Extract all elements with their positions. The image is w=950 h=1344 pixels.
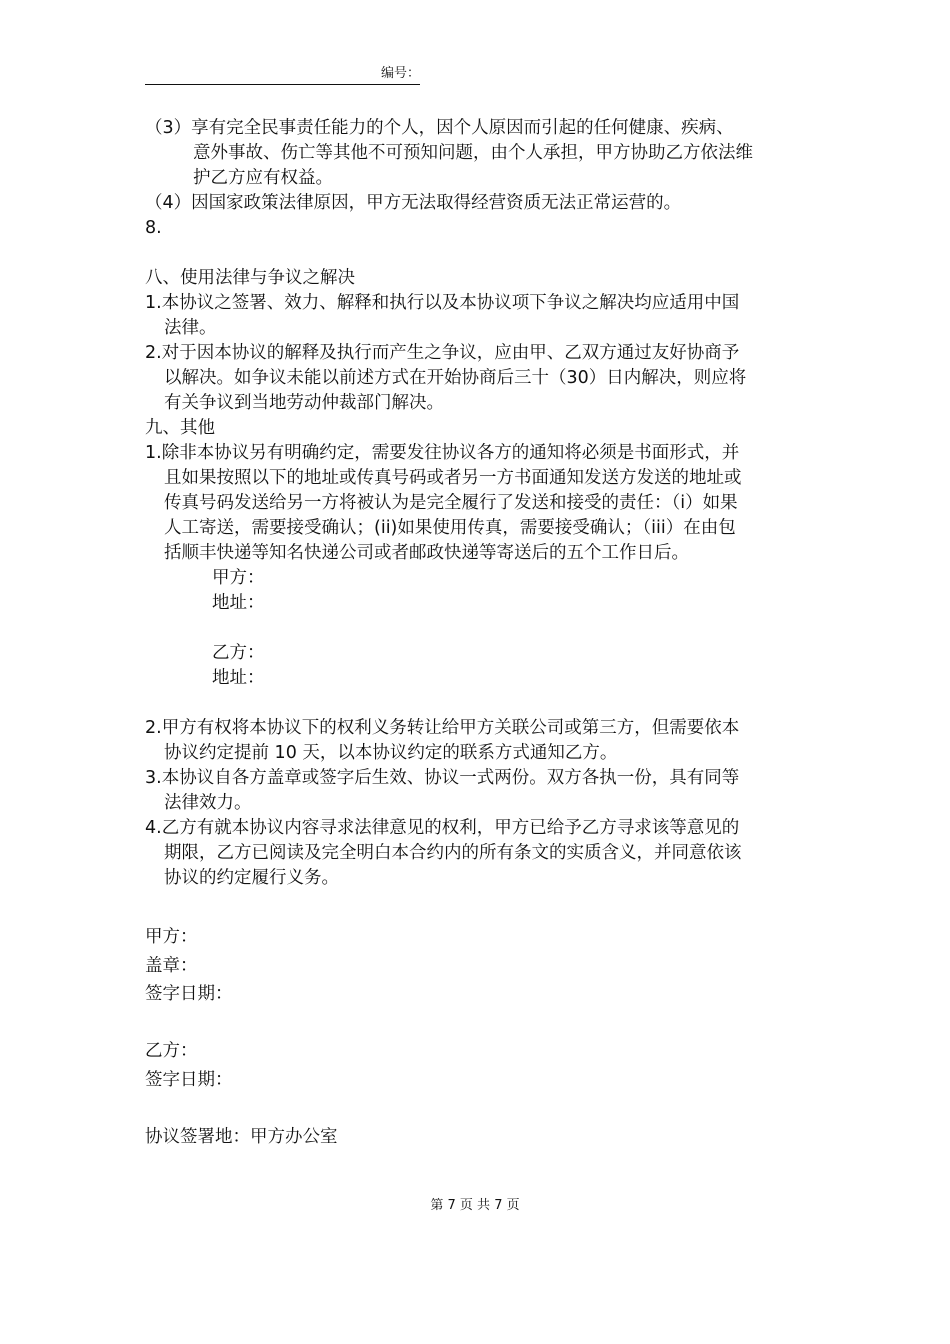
clause-9-3: 3.本协议自各方盖章或签字后生效、协议一式两份。双方各执一份，具有同等 法律效力… [145,766,815,816]
signature-date-a: 签字日期： [145,980,815,1009]
text-line: 意外事故、伤亡等其他不可预知问题，由个人承担，甲方协助乙方依法维 [145,141,815,166]
section-8-title: 八、使用法律与争议之解决 [145,266,815,291]
document-number-line: 编号： [145,66,420,85]
signature-seal: 盖章： [145,952,815,981]
text-line: 1.本协议之签署、效力、解释和执行以及本协议项下争议之解决均应适用中国 [145,291,815,316]
text-line: 法律。 [145,316,815,341]
section-9-title: 九、其他 [145,416,815,441]
signature-date-b: 签字日期： [145,1066,815,1095]
clause-9-1: 1.除非本协议另有明确约定，需要发往协议各方的通知将必须是书面形式，并 且如果按… [145,441,815,566]
clause-8-1: 1.本协议之签署、效力、解释和执行以及本协议项下争议之解决均应适用中国 法律。 [145,291,815,341]
clause-9-2: 2.甲方有权将本协议下的权利义务转让给甲方关联公司或第三方，但需要依本 协议约定… [145,716,815,766]
text-line: 括顺丰快递等知名快递公司或者邮政快递等寄送后的五个工作日后。 [145,541,815,566]
notice-party-b: 乙方： [145,641,815,666]
text-line: 期限，乙方已阅读及完全明白本合约内的所有条文的实质含义，并同意依该 [145,841,815,866]
text-line: 护乙方应有权益。 [145,166,815,191]
signing-place: 协议签署地：甲方办公室 [145,1123,815,1152]
page-number: 第 7 页 共 7 页 [0,1194,950,1213]
signature-party-a: 甲方： [145,923,815,952]
text-line: 法律效力。 [145,791,815,816]
text-line: 以解决。如争议未能以前述方式在开始协商后三十（30）日内解决，则应将 [145,366,815,391]
clause-7-3: （3）享有完全民事责任能力的个人，因个人原因而引起的任何健康、疾病、 意外事故、… [145,116,815,191]
document-number-label: 编号： [381,66,420,82]
text-line: 1.除非本协议另有明确约定，需要发往协议各方的通知将必须是书面形式，并 [145,441,815,466]
clause-7-8: 8. [145,216,815,241]
notice-address-b: 地址： [145,666,815,691]
clause-8-2: 2.对于因本协议的解释及执行而产生之争议，应由甲、乙双方通过友好协商予 以解决。… [145,341,815,416]
text-line: 且如果按照以下的地址或传真号码或者另一方书面通知发送方发送的地址或 [145,466,815,491]
document-body: （3）享有完全民事责任能力的个人，因个人原因而引起的任何健康、疾病、 意外事故、… [145,116,815,1151]
clause-9-4: 4.乙方有就本协议内容寻求法律意见的权利，甲方已给予乙方寻求该等意见的 期限，乙… [145,816,815,891]
text-line: 协议约定提前 10 天，以本协议约定的联系方式通知乙方。 [145,741,815,766]
signature-party-b: 乙方： [145,1037,815,1066]
text-line: 2.对于因本协议的解释及执行而产生之争议，应由甲、乙双方通过友好协商予 [145,341,815,366]
text-line: 人工寄送，需要接受确认；(ii)如果使用传真，需要接受确认；（iii）在由包 [145,516,815,541]
notice-party-a: 甲方： [145,566,815,591]
text-line: 3.本协议自各方盖章或签字后生效、协议一式两份。双方各执一份，具有同等 [145,766,815,791]
text-line: 4.乙方有就本协议内容寻求法律意见的权利，甲方已给予乙方寻求该等意见的 [145,816,815,841]
notice-address-a: 地址： [145,591,815,616]
text-line: 有关争议到当地劳动仲裁部门解决。 [145,391,815,416]
text-line: 传真号码发送给另一方将被认为是完全履行了发送和接受的责任：（i）如果 [145,491,815,516]
signature-block: 甲方： 盖章： 签字日期： 乙方： 签字日期： 协议签署地：甲方办公室 [145,923,815,1151]
text-line: 2.甲方有权将本协议下的权利义务转让给甲方关联公司或第三方，但需要依本 [145,716,815,741]
text-line: 协议的约定履行义务。 [145,866,815,891]
clause-7-4: （4）因国家政策法律原因，甲方无法取得经营资质无法正常运营的。 [145,191,815,216]
text-line: （3）享有完全民事责任能力的个人，因个人原因而引起的任何健康、疾病、 [145,116,815,141]
